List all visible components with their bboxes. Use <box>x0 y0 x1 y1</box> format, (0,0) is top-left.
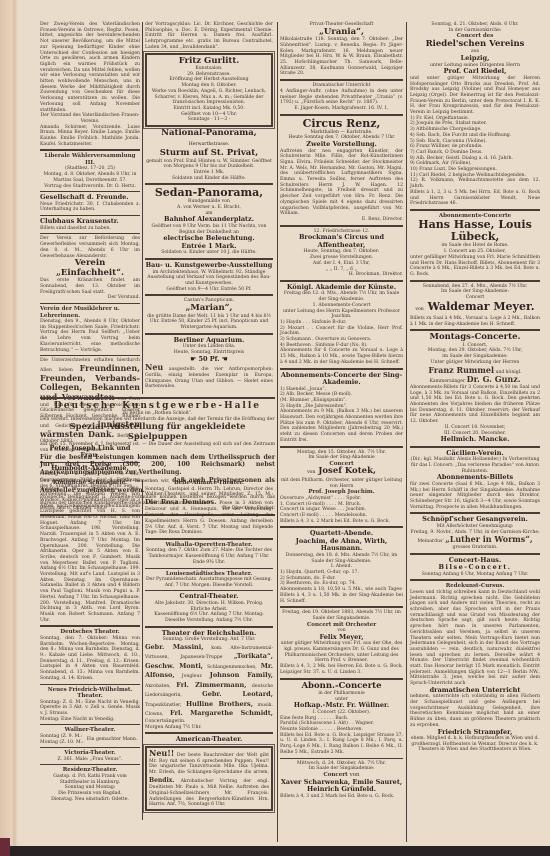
ad-title: Circus Renz, <box>280 118 403 130</box>
divider <box>145 626 273 628</box>
notice-text: Der Zweig-Verein des Vaterländischen Fra… <box>40 22 140 113</box>
ad-footer: Billets à 4, 3 und 2 Mark bei Ed. Bote u… <box>280 794 403 800</box>
ad-name: Franz Rummel <box>428 365 494 375</box>
listing-title: Königliche Schauspiele. <box>40 480 140 487</box>
ad-text: Abonnements-Billets für 3 Concerte à 4,5… <box>410 385 540 425</box>
ad-work: „Luther in Worms“, <box>445 534 533 544</box>
notice-title-right: Krausenstr. <box>77 217 119 225</box>
ad-text: nehmen, unterrichte ich vollständig in a… <box>410 694 540 728</box>
listing-play: Ein gemachter Mann. <box>87 737 138 743</box>
friedrich-wilhelm-listing: Neues Friedrich-Wilhelmst. Theater. Sonn… <box>40 687 140 723</box>
divider <box>40 149 140 151</box>
divider <box>145 590 273 591</box>
verein-note: Der Verein zur Beförderung des Gewerbefl… <box>40 236 140 259</box>
kotek-ad: Montag, den 15. Oktober, Ab. 7½ Uhr. Im … <box>280 450 403 525</box>
ad-line: Freitag, den 19. Oktober 1883, Abends 7½… <box>280 610 403 621</box>
ad-footer: Geöffnet von 9—4 Uhr. Entrée 50 Pf. <box>145 287 273 293</box>
program-item: 12) R. Volkmann, Weihnachtsmotette aus d… <box>410 178 540 189</box>
divider <box>410 553 540 555</box>
ad-side: Herwarthstrasse. <box>189 142 230 147</box>
ad-title: Riedel'schen Vereins <box>410 40 540 50</box>
performer: Frl. Zimmermann, <box>176 681 246 689</box>
ad-text: ausgestellt: die vier Anthropomorphen: G… <box>145 367 273 389</box>
column-rule <box>406 22 407 842</box>
ad-footer: Billets à 4, 3, 2 Mk. bei Herren Ed. Bot… <box>280 664 403 675</box>
central-theater-listing: Central-Theater. Alte Jakobstr. 30. Dire… <box>145 593 273 623</box>
ad-signature: Hellmich. Mancke. <box>410 436 540 444</box>
program-item: 2) Mozart . . Concert für die Violine, H… <box>280 326 403 337</box>
notice-title: Liberale Wählerversammlung III. <box>40 153 140 166</box>
clubhaus-notice: Clubhaus Krausenstr. Billets sind daselb… <box>40 218 140 231</box>
divider <box>145 294 273 296</box>
ad-name: Bilse-Concert. <box>410 564 540 572</box>
ad-line: Sonntags - 11—3 - <box>150 117 268 123</box>
listing-text: Alte Jakobstr. 30. Direction: H. Wilken.… <box>145 601 273 612</box>
listing-footer: Kassenöffnung 6½ Uhr. Anfang 7 Uhr. Mont… <box>145 612 273 623</box>
listing-text: Sonntag. Gastspiel d. Herrn Th. Lebrun, … <box>145 487 273 498</box>
circus-renz-ad: Circus Renz, Markthallen — Karlstraße. H… <box>280 118 403 223</box>
column-rule <box>142 22 143 394</box>
listing-line: Dienstag. Neu einstudirt: Odette. <box>40 797 140 803</box>
divider <box>410 280 540 282</box>
ad-title: Abonn.-Concerte <box>280 682 403 692</box>
theatre-listings-mid: Belle-Alliance-Theater. Sonntag. Gastspi… <box>145 480 273 813</box>
ad-city: Leipzig, <box>410 55 540 63</box>
ad-footer: Abonnements für 6 Concerte zu Vorsaal u.… <box>280 348 403 365</box>
residenz-listing: Residenz-Theater. Gastsp. d. Frl. Kathi … <box>40 767 140 802</box>
ad-text: gemalt von Prof. Emil Hünten u. W. Simml… <box>145 159 273 170</box>
ad-line: Freitag den 12. d. Mts., Abends 7½ Uhr, … <box>280 291 403 302</box>
brockman-ad: 12. Friedrichstrasse 12. Brockman's Circ… <box>280 229 403 278</box>
ad-line: unter Leitung des Herrn Kapellmeisters P… <box>280 309 403 320</box>
listing-footer: Montag: Eine Nacht in Venedig. <box>40 717 140 723</box>
divider <box>40 747 140 748</box>
divider <box>280 114 403 116</box>
divider <box>40 303 140 304</box>
marian-ad: Castan's Panopticum. „Marian“, die größt… <box>145 298 273 330</box>
einfachheit-notice: Verein „Einfachheit“. Das erste Kränzche… <box>40 259 140 301</box>
singakademie-ad: Abonnements-Concerte der Sing-Akademie. … <box>280 372 403 444</box>
musiklehrer-notice: Verein der Musiklehrer u. Lehrerinnen. D… <box>40 306 140 353</box>
notice-title: Verein „Einfachheit“. <box>40 259 140 278</box>
listing-title: American-Theater. <box>145 736 273 744</box>
divider <box>280 368 403 370</box>
listing-title: Neues Friedrich-Wilhelmst. Theater. <box>40 687 140 700</box>
ad-title: Brockman's Circus und Affentheater, <box>280 234 403 249</box>
ad-footer: Soldaten u. Kinder unter 10 J. die Hälft… <box>145 250 273 256</box>
divider <box>40 397 275 399</box>
hasse-luebeck-ad: Abonnements-Concerte Hans Hasse, Louis L… <box>410 213 540 278</box>
ad-footer: Abonnements zu 9 Mk. (Balkon 3 Mk.) bei … <box>280 409 403 443</box>
ad-perf: Zweite Vorstellung. <box>280 141 403 149</box>
ad-signature-detail: ehem. Mitglied d. k. k. Hofburgtheaters … <box>410 736 540 753</box>
divider <box>410 579 540 581</box>
ad-text: Lesen und richtig schreiben kann in Deut… <box>410 590 540 687</box>
notice-title: Gesellschaft d. Freunde. <box>40 194 140 202</box>
ad-names: Joachim, de Ahna, Wirth, Hausmann. <box>280 538 403 553</box>
listing-line: Montag (Z. 10. M.: <box>40 740 84 746</box>
scharwenka-ad: Mittwoch, d. 24. Oktober, Ab. 7½ Uhr. Im… <box>280 761 403 800</box>
listing-text: Sonntag, den 7. Oktober: Minna von Barnh… <box>40 636 140 682</box>
ad-text: und unter gütiger Mitwirkung der Herren … <box>410 76 540 116</box>
notice-text: Montag, d. 8. Oktober, Abends 8 Uhr, in … <box>40 172 140 183</box>
waehlerversammlung-notice: Liberale Wählerversammlung III. (Stadtbe… <box>40 153 140 189</box>
reichshallen-listing: Theater der Reichshallen. Sonntag. Große… <box>145 630 273 731</box>
divider <box>40 191 140 192</box>
ad-title: National-Panorama, <box>161 128 257 138</box>
performer: „Torikata“, <box>234 652 273 660</box>
divider <box>145 333 273 335</box>
column-rule <box>277 22 278 842</box>
ad-footer: Abonnements à 18, 10,50 u. 5 Mk., wie au… <box>280 587 403 604</box>
aquarium-ad: Berliner Aquarium. Unter den Linden 68a.… <box>145 337 273 390</box>
page-gutter <box>0 0 40 846</box>
ad-title: Abonnements-Concerte der Sing-Akademie. <box>280 372 403 387</box>
divider <box>410 512 540 514</box>
divider <box>280 678 403 680</box>
column-4: Sonntag, d. 21. Oktober, Abds. 6 Uhr. In… <box>410 22 540 753</box>
notice-text: Das erste Kränzchen findet am Sonnabend,… <box>40 278 140 295</box>
ad-subtitle: Sturm auf St. Privat, <box>145 149 273 159</box>
ad-footer: Billets à 1, 2, 3 u. 5 Mk. bei Hrrn. Ed.… <box>410 190 540 207</box>
divider <box>410 446 540 448</box>
listing-neu: Neu!! <box>149 748 174 758</box>
divider <box>40 684 140 685</box>
divider <box>40 215 140 216</box>
ad-von: von <box>415 307 423 312</box>
ad-neu: Neu <box>145 362 163 372</box>
notice-title: Verein der Musiklehrer u. Lehrerinnen. <box>40 306 140 319</box>
divider <box>145 183 273 185</box>
divider <box>40 724 140 725</box>
divider <box>40 764 140 765</box>
schnoepf-ad: Schnöpf'scher Gesangverein. Mit Allerhöc… <box>410 516 540 550</box>
waldemar-meyer-ad: Sonnabend, den 27. d. Mts., Abends 7½ Uh… <box>410 284 540 328</box>
sedan-panorama-ad: Sedan-Panorama, Rundgemälde von A. von W… <box>145 187 273 256</box>
binding-corner <box>0 838 10 856</box>
bilse-concert-ad: Concert-Haus. Bilse-Concert. Sonntag Anf… <box>410 557 540 578</box>
divider <box>280 758 403 759</box>
deutsches-theater-listing: Deutsches Theater. Sonntag, den 7. Oktob… <box>40 629 140 681</box>
ad-text: für zwei Concerte (Saal 6 Mk., Loge 4 Mk… <box>410 482 540 511</box>
ad-text: die größte Dame der Welt. 11 bis 1 Uhr u… <box>145 314 273 331</box>
ad-name: Josef Kotek, <box>318 466 376 476</box>
ad-text: 4 Anfänger-Auftr. (ohne Aufnahme) in dem… <box>280 89 403 106</box>
performer-desc: Concertsängerin. <box>145 719 185 724</box>
pointing-hand-icon: ☚ <box>222 355 228 363</box>
theatre-listings-left: Königliche Schauspiele. Sonntag. Im Oper… <box>40 480 140 802</box>
listing-text: Sonntag, den 7. Oktbr. Zum 27. Male: Die… <box>145 548 273 565</box>
gurlitt-ad: Fritz Gurlitt. Kunstsalon. 29. Behrenstr… <box>145 53 273 128</box>
performer: Frl. Margarethe Schmidt, <box>170 709 273 717</box>
ad-title: „Marian“, <box>145 304 273 314</box>
listing-text: Z. 361. Male: „Frau Venus“. <box>40 757 140 763</box>
divider <box>410 329 540 331</box>
divider <box>280 280 403 282</box>
divider <box>40 625 140 627</box>
ad-name: Dr. G. Gunz. <box>467 374 521 384</box>
notice-text: Neue Friedrichstr. 30, f. Clubabenden z.… <box>40 202 140 213</box>
performer-desc: Trapezkünstler, <box>145 703 181 708</box>
listing-text: Sonntag. Im Opernhause. 199. Vorstellung… <box>40 487 140 624</box>
ad-title: Montags-Concerte. <box>410 333 540 343</box>
vortrag-notice: der Vortragscyklus: Lic. Dr. Kirchner, G… <box>145 22 273 51</box>
performer-desc: Akrobaten, <box>145 684 171 689</box>
notice-footer: Der Vorstand. <box>40 295 140 301</box>
divider <box>40 233 140 234</box>
ad-line: Donnerstag, den 18. d. Mts. Abends 7½ Uh… <box>280 553 403 564</box>
listing-emphasis: Bendix. <box>149 777 174 784</box>
louisenstadt-listing: Louisenstädtisches Theater. Der Pyramide… <box>145 571 273 589</box>
ad-text: mit dem Philharm. Orchester, unter gütig… <box>280 478 403 489</box>
ad-title: Bau- u. Kunstgewerbe-Ausstellung <box>145 262 273 270</box>
column-3: Privat-Theater-Gesellschaft „Urania“, Mi… <box>280 22 403 799</box>
national-panorama-ad: National-Panorama, Herwarthstrasse. Stur… <box>145 129 273 181</box>
riedel-ad: Sonntag, d. 21. Oktober, Abds. 6 Uhr. In… <box>410 22 540 207</box>
divider <box>145 568 273 569</box>
walhalla-listing: Walhalla-Operetten-Theater. Sonntag, den… <box>145 542 273 566</box>
ad-names: Xaver Scharwenka, Emile Sauret, Heinrich… <box>280 779 403 794</box>
listing-text: Der Pyramidenschatz. Ausstattungsposse m… <box>145 577 273 588</box>
listing-title: Central-Theater. <box>145 593 273 601</box>
notice-footer: Vortrag des Stadtverordn. Dr. O. Hertz. <box>40 184 140 190</box>
ad-signature: Friedrich Strampfer, <box>410 729 540 737</box>
listing-text: Sonntag: Z. 6. M.: Eine Nacht in Venedig… <box>40 700 140 717</box>
ad-names: Hans Hasse, Louis Lübeck, <box>410 219 540 243</box>
listing-footer: Morgen Anfang 7½ Uhr. <box>145 725 273 731</box>
sprach-unterricht-ad: Redekunst-Cursus. Lesen und richtig schr… <box>410 583 540 753</box>
ad-text: auf den 15. November d. J. festgesetzt i… <box>40 442 275 453</box>
ad-emphasis: Für die besten Leistungen kommen nach de… <box>40 454 275 476</box>
wallner-listing: Wallner-Theater. Sonntag (Z. 9. M.:Monta… <box>40 727 140 745</box>
urania-ad: Privat-Theater-Gesellschaft „Urania“, Mi… <box>280 22 403 77</box>
ad-footer: E. Jäger-Kosen, Markgrafenstr. 16. IV. 1… <box>280 106 403 112</box>
listing-text: Posse in 3 Akten von Delacour und A. Hen… <box>145 501 273 535</box>
performer: Gebr. Leotard, <box>202 690 273 698</box>
akademie-ad: Königl. Akademie der Künste. Freitag den… <box>280 284 403 366</box>
ad-text: im Architektenhaus, W. Wilhelmstr. 92. S… <box>145 270 273 287</box>
wuellner-ad: Abonn.-Concerte in der Philharmonie unte… <box>280 682 403 756</box>
quartett-ad: Quartett-Abende. Joachim, de Ahna, Wirth… <box>280 530 403 604</box>
divider <box>145 538 273 540</box>
gesellschaft-notice: Gesellschaft d. Freunde. Neue Friedrichs… <box>40 194 140 213</box>
ad-location: Bahnhof Alexanderplatz. <box>145 216 273 224</box>
ad-line: Meinardus' <box>417 539 443 544</box>
performer-desc: Schlangenmenschen, <box>207 665 257 670</box>
notice-text: Billets sind daselbst zu haben. <box>40 226 140 232</box>
divider <box>410 209 540 211</box>
divider <box>280 446 403 448</box>
ad-subtitle: Abonnements-Billets <box>410 474 540 482</box>
felix-meyer-ad: Freitag, den 19. Oktober 1883, Abends 7½… <box>280 610 403 675</box>
listing-text: Gastsp. d. Frl. Kathi Frank vom Stadtthe… <box>40 774 140 785</box>
american-theater-listing: American-Theater. Neu!! Der beste Bauchr… <box>145 736 273 811</box>
ad-line: Werke von Boecklin, Angeli, G. Richter, … <box>150 89 268 106</box>
ad-title: Schnöpf'scher Gesangverein. <box>410 516 540 524</box>
performer: Hulline Brothers, <box>186 700 253 708</box>
ad-conductor: Prof. Carl Riedel, <box>410 68 540 76</box>
kunstgewerbe-ad: Bau- u. Kunstgewerbe-Ausstellung im Arch… <box>145 262 273 292</box>
divider <box>280 225 403 227</box>
ad-name: Waldemar Meyer. <box>428 300 535 313</box>
notice-title: Clubhaus <box>40 217 74 225</box>
ad-title: Deutsche Kunstgewerbe-Halle <box>40 401 275 411</box>
ad-title: „Urania“, <box>280 28 403 38</box>
divider <box>145 732 273 734</box>
divider <box>280 526 403 528</box>
ad-headline: Spezial-Ausstellung für angekleidete Spi… <box>40 422 275 442</box>
montags-concerte-ad: Montags-Concerte. I. Concert, Montag, de… <box>410 333 540 444</box>
ad-footer: Billets à 4, 3 u. 2 Mark bei Ed. Bote u.… <box>280 519 403 525</box>
divider <box>280 606 403 608</box>
pointing-hand-icon: ☛ <box>190 355 196 363</box>
belle-alliance-listing: Belle-Alliance-Theater. Sonntag. Gastspi… <box>145 480 273 536</box>
ad-footer: Billets bei Ed. Bote u. G. Bock, Leipzig… <box>280 733 403 756</box>
ad-name: Hofkap.-Mstr. Fr. Wüllner. <box>280 702 403 710</box>
notice-names: Amanda Schirmer, Vorsitzende. Luise Brau… <box>40 125 140 148</box>
ad-footer: Sonntag Anfang 6 Uhr, Montag Anfang 7 Uh… <box>410 572 540 578</box>
listing-play: Die Rosa Dominos. <box>145 498 216 506</box>
caecilien-ad: Cäcilien-Verein. (Dir.: kgl. Musikdir. A… <box>410 450 540 511</box>
ad-text: Auftreten der neu engagirten Künstler, d… <box>280 149 403 217</box>
performer-desc: Jongleur. <box>182 674 203 679</box>
ad-text: Mikolaistraße 118. Sonntag, den 7. Oktob… <box>280 37 403 77</box>
performer: Johnson Family, <box>210 671 273 679</box>
divider <box>40 355 140 356</box>
ad-footer: Soldaten und Kinder die Hälfte. <box>145 176 273 182</box>
divider <box>280 79 403 81</box>
listing-line: Sonntag (Z. 9. M.: <box>40 734 84 740</box>
ad-title: Fritz Gurlitt. <box>150 57 268 67</box>
ad-text: unter gefälliger Mitwirkung von Frl. Mar… <box>410 255 540 278</box>
ad-footer: Billets zu Saal à 4 Mk., Vorsaal u. Loge… <box>410 316 540 327</box>
victoria-listing: Victoria-Theater. Z. 361. Male: „Frau Ve… <box>40 750 140 762</box>
notice-text: Dienstag, den 9., Abends 8 Uhr, Oktober … <box>40 319 140 353</box>
ad-price: 50 Pf. <box>198 355 219 363</box>
notice-signature: Der Vorstand des Vaterländischen Frauen-… <box>40 113 140 124</box>
ad-signature: E. Renz, Director. <box>280 217 403 223</box>
ad-title: Sedan-Panorama, <box>145 187 273 199</box>
column-2: der Vortragscyklus: Lic. Dr. Kirchner, G… <box>145 22 273 390</box>
performer: Geschw. Monti, <box>145 662 203 670</box>
unterricht-ad: Dramatischer Unterricht 4 Anfänger-Auftr… <box>280 83 403 112</box>
ad-signature: H. Brockman, Direktor. <box>280 272 403 278</box>
frauenverein-notice: Der Zweig-Verein des Vaterländischen Fra… <box>40 22 140 147</box>
column-rule <box>142 480 143 820</box>
schauspiele-listing: Königliche Schauspiele. Sonntag. Im Oper… <box>40 480 140 623</box>
performer: Gebr. Massini, <box>145 643 204 651</box>
ad-text: unter gütiger Mitwirkung von: Frl. aus d… <box>280 641 403 664</box>
ad-line: grosses Oratorium. <box>410 545 540 551</box>
ad-text: (Dir.: kgl. Musikdir. Alexis Hollaender.… <box>410 457 540 474</box>
page-bottom-edge <box>0 846 550 856</box>
ad-von: von <box>307 470 315 475</box>
divider <box>145 258 273 260</box>
